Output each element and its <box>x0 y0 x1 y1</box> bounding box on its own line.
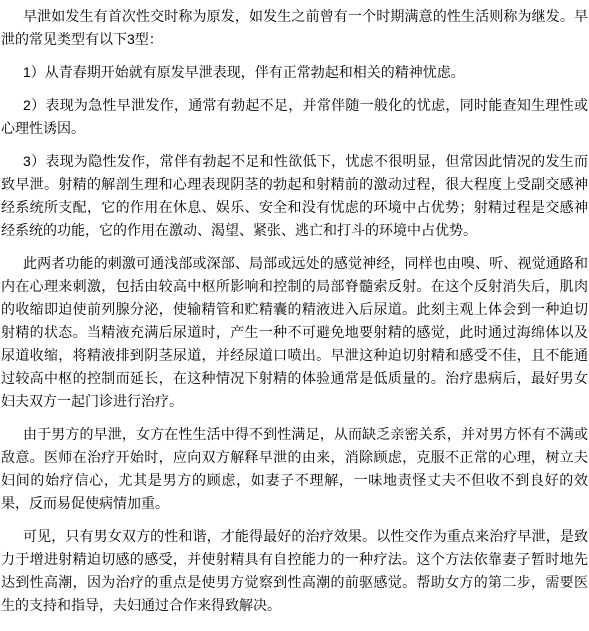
paragraph: 可见，只有男女双方的性和谐，才能得最好的治疗效果。以性交作为重点来治疗早泄，是致… <box>1 525 588 617</box>
document-body: 早泄如发生有首次性交时称为原发，如发生之前曾有一个时期满意的性生活则称为继发。早… <box>1 5 588 617</box>
paragraph: 1）从青春期开始就有原发早泄表现，伴有正常勃起和相关的精神忧虑。 <box>1 61 588 84</box>
document-page: 早泄如发生有首次性交时称为原发，如发生之前曾有一个时期满意的性生活则称为继发。早… <box>0 5 589 631</box>
paragraph: 3）表现为隐性发作，常伴有勃起不足和性欲低下，忧虑不很明显，但常因此情况的发生而… <box>1 150 588 242</box>
paragraph: 早泄如发生有首次性交时称为原发，如发生之前曾有一个时期满意的性生活则称为继发。早… <box>1 5 588 51</box>
paragraph: 2）表现为急性早泄发作，通常有勃起不足，并常伴随一般化的忧虑，同时能查知生理性或… <box>1 94 588 140</box>
paragraph: 由于男方的早泄，女方在性生活中得不到性满足，从而缺乏亲密关系，并对男方怀有不满或… <box>1 423 588 515</box>
paragraph: 此两者功能的刺激可通浅部或深部、局部或远处的感觉神经，同样也由嗅、听、视觉通路和… <box>1 252 588 413</box>
